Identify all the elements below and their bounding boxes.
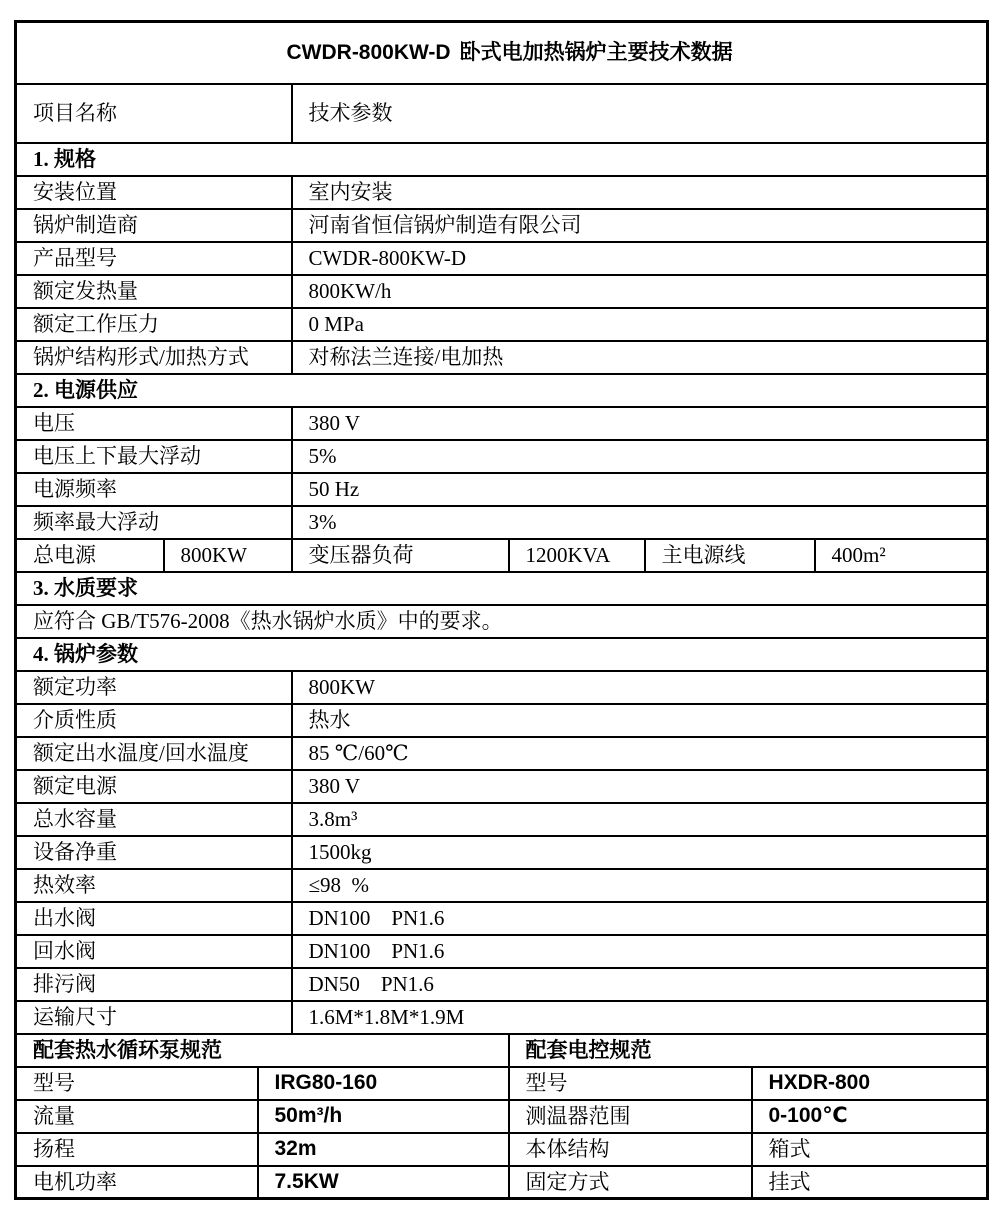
document-page: CWDR-800KW-D卧式电加热锅炉主要技术数据 项目名称 技术参数 1. 规… (0, 0, 1000, 1218)
table-row: 设备净重 1500kg (16, 836, 988, 869)
row-label: 出水阀 (16, 902, 292, 935)
row-value: 380 V (292, 770, 988, 803)
row-value: 0 MPa (292, 308, 988, 341)
section-2-heading-row: 2. 电源供应 (16, 374, 988, 407)
row-label: 变压器负荷 (292, 539, 509, 572)
control-row-value: HXDR-800 (752, 1067, 988, 1100)
section-3-heading: 3. 水质要求 (16, 572, 988, 605)
table-row: 排污阀 DN50 PN1.6 (16, 968, 988, 1001)
table-row: 运输尺寸 1.6M*1.8M*1.9M (16, 1001, 988, 1034)
control-row-value: 箱式 (752, 1133, 988, 1166)
control-row-value: 挂式 (752, 1166, 988, 1199)
control-row-label: 型号 (509, 1067, 752, 1100)
control-row-label: 测温器范围 (509, 1100, 752, 1133)
table-row: 产品型号 CWDR-800KW-D (16, 242, 988, 275)
section-2-heading: 2. 电源供应 (16, 374, 988, 407)
row-label: 电压 (16, 407, 292, 440)
row-value: 800KW (164, 539, 292, 572)
title-model-number: CWDR-800KW-D (287, 41, 451, 64)
table-row: 电压 380 V (16, 407, 988, 440)
pump-row-label: 流量 (16, 1100, 258, 1133)
row-label: 回水阀 (16, 935, 292, 968)
row-label: 排污阀 (16, 968, 292, 1001)
row-value: 1200KVA (509, 539, 645, 572)
row-value: 对称法兰连接/电加热 (292, 341, 988, 374)
row-label: 安装位置 (16, 176, 292, 209)
row-label: 主电源线 (645, 539, 815, 572)
table-row: 额定出水温度/回水温度 85 ℃/60℃ (16, 737, 988, 770)
table-row: 总水容量 3.8m³ (16, 803, 988, 836)
pump-row-value: 50m³/h (258, 1100, 509, 1133)
control-row-value: 0-100℃ (752, 1100, 988, 1133)
control-row-label: 固定方式 (509, 1166, 752, 1199)
row-label: 额定发热量 (16, 275, 292, 308)
row-value: CWDR-800KW-D (292, 242, 988, 275)
table-row: 安装位置 室内安装 (16, 176, 988, 209)
row-value: DN100 PN1.6 (292, 902, 988, 935)
title-text: 卧式电加热锅炉主要技术数据 (460, 40, 733, 64)
table-row: 流量 50m³/h 测温器范围 0-100℃ (16, 1100, 988, 1133)
section-4-heading: 4. 锅炉参数 (16, 638, 988, 671)
section-3-heading-row: 3. 水质要求 (16, 572, 988, 605)
section-1-heading-row: 1. 规格 (16, 143, 988, 176)
row-label: 运输尺寸 (16, 1001, 292, 1034)
row-label: 设备净重 (16, 836, 292, 869)
row-value: 室内安装 (292, 176, 988, 209)
row-value: 5% (292, 440, 988, 473)
pump-row-label: 型号 (16, 1067, 258, 1100)
table-row: 扬程 32m 本体结构 箱式 (16, 1133, 988, 1166)
table-row: 锅炉制造商 河南省恒信锅炉制造有限公司 (16, 209, 988, 242)
table-row: 锅炉结构形式/加热方式 对称法兰连接/电加热 (16, 341, 988, 374)
row-value: 3.8m³ (292, 803, 988, 836)
section-1-heading: 1. 规格 (16, 143, 988, 176)
row-value: DN50 PN1.6 (292, 968, 988, 1001)
title-row: CWDR-800KW-D卧式电加热锅炉主要技术数据 (16, 22, 988, 84)
row-value: DN100 PN1.6 (292, 935, 988, 968)
page-title: CWDR-800KW-D卧式电加热锅炉主要技术数据 (16, 22, 988, 84)
row-label: 产品型号 (16, 242, 292, 275)
section-4-heading-row: 4. 锅炉参数 (16, 638, 988, 671)
row-value: ≤98 % (292, 869, 988, 902)
pump-row-value: IRG80-160 (258, 1067, 509, 1100)
pump-row-label: 扬程 (16, 1133, 258, 1166)
table-row: 热效率 ≤98 % (16, 869, 988, 902)
row-label: 锅炉制造商 (16, 209, 292, 242)
table-row: 额定发热量 800KW/h (16, 275, 988, 308)
pump-spec-heading: 配套热水循环泵规范 (16, 1034, 509, 1067)
water-quality-note: 应符合 GB/T576-2008《热水锅炉水质》中的要求。 (16, 605, 988, 638)
row-label: 总水容量 (16, 803, 292, 836)
table-row: 电压上下最大浮动 5% (16, 440, 988, 473)
pump-row-label: 电机功率 (16, 1166, 258, 1199)
row-label: 热效率 (16, 869, 292, 902)
row-label: 额定出水温度/回水温度 (16, 737, 292, 770)
row-label: 锅炉结构形式/加热方式 (16, 341, 292, 374)
row-label: 总电源 (16, 539, 164, 572)
row-value: 800KW/h (292, 275, 988, 308)
row-value: 热水 (292, 704, 988, 737)
table-row: 频率最大浮动 3% (16, 506, 988, 539)
control-spec-heading: 配套电控规范 (509, 1034, 988, 1067)
pump-control-heading-row: 配套热水循环泵规范 配套电控规范 (16, 1034, 988, 1067)
row-value: 1500kg (292, 836, 988, 869)
row-label: 频率最大浮动 (16, 506, 292, 539)
column-header-params: 技术参数 (292, 84, 988, 143)
table-row: 介质性质 热水 (16, 704, 988, 737)
row-value: 1.6M*1.8M*1.9M (292, 1001, 988, 1034)
table-row: 电源频率 50 Hz (16, 473, 988, 506)
column-header-name: 项目名称 (16, 84, 292, 143)
row-label: 电压上下最大浮动 (16, 440, 292, 473)
water-quality-note-row: 应符合 GB/T576-2008《热水锅炉水质》中的要求。 (16, 605, 988, 638)
row-label: 介质性质 (16, 704, 292, 737)
table-row: 额定功率 800KW (16, 671, 988, 704)
table-row: 电机功率 7.5KW 固定方式 挂式 (16, 1166, 988, 1199)
row-label: 额定功率 (16, 671, 292, 704)
row-value: 800KW (292, 671, 988, 704)
boiler-spec-table: CWDR-800KW-D卧式电加热锅炉主要技术数据 项目名称 技术参数 1. 规… (14, 20, 989, 1200)
power-summary-row: 总电源 800KW 变压器负荷 1200KVA 主电源线 400m² (16, 539, 988, 572)
table-row: 型号 IRG80-160 型号 HXDR-800 (16, 1067, 988, 1100)
control-row-label: 本体结构 (509, 1133, 752, 1166)
row-value: 3% (292, 506, 988, 539)
row-value: 85 ℃/60℃ (292, 737, 988, 770)
column-header-row: 项目名称 技术参数 (16, 84, 988, 143)
row-value: 380 V (292, 407, 988, 440)
table-row: 回水阀 DN100 PN1.6 (16, 935, 988, 968)
pump-row-value: 7.5KW (258, 1166, 509, 1199)
row-label: 额定工作压力 (16, 308, 292, 341)
table-row: 额定工作压力 0 MPa (16, 308, 988, 341)
row-value: 河南省恒信锅炉制造有限公司 (292, 209, 988, 242)
row-value: 50 Hz (292, 473, 988, 506)
row-label: 额定电源 (16, 770, 292, 803)
table-row: 出水阀 DN100 PN1.6 (16, 902, 988, 935)
row-value: 400m² (815, 539, 988, 572)
row-label: 电源频率 (16, 473, 292, 506)
table-row: 额定电源 380 V (16, 770, 988, 803)
pump-row-value: 32m (258, 1133, 509, 1166)
